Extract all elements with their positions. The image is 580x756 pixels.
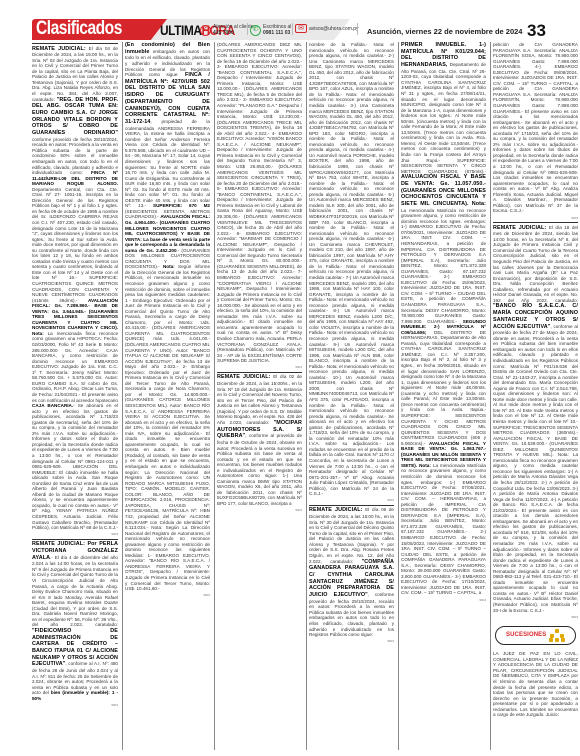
column-3: (DÓLARES AMERICANOS DIEZ MIL CUATROCIENT… <box>214 42 304 750</box>
legal-notice: REMATE JUDICIAL: El día 06 de Diciembre … <box>309 505 394 638</box>
column-6: petición de CIA GANADERA PARAGUAYA S.A. … <box>490 42 580 750</box>
whatsapp-icon: ✆ <box>250 25 261 36</box>
column-1: REMATE JUDICIAL: El día 04 de Diciembre … <box>30 42 120 750</box>
ad-code: 9603 <box>32 532 118 538</box>
notice-text: La mencionada Matrícula no reconoce grav… <box>401 463 486 596</box>
legal-notice: REMATE JUDICIAL: El día 02 de Diciembre … <box>217 372 302 507</box>
notice-text: DEL DISTRITO DE HERNANDARIAS, Departamen… <box>401 330 486 446</box>
notice-continuation: (En condominio) del Bien inmueble embarg… <box>125 42 210 592</box>
section-title: Clasificados <box>36 18 122 40</box>
notice-emphasis: CAJA BANCARIA. <box>32 403 73 408</box>
notice-emphasis: SUPERFICIE: 670 M2 <box>153 203 210 208</box>
ad-code: 9603 <box>125 593 210 599</box>
notice-case-title: FINCA / MATRÍCULA Nº: 4270/URB 502 DEL D… <box>125 72 210 125</box>
notice-continuation: PRIMER INMUEBLE. 1-) MATRÍCULA Nº K01/29… <box>401 42 486 596</box>
notice-continuation: petición de CIA GANADERA PARAGUAYA S.A. … <box>493 42 578 214</box>
notice-text: , conforme al proveído de fecha 27 de Ma… <box>493 324 578 613</box>
notice-text: LA JUEZ DE PAZ EN LO CIVIL, COMERCIAL, L… <box>493 651 578 717</box>
ad-code: 9603 <box>493 615 578 621</box>
column-4: nombre de la Fallida.- Nota: el menciona… <box>306 42 396 750</box>
contact-whatsapp: ✆ Escribinos al0981 111 03 <box>250 24 291 36</box>
column-2: (En condominio) del Bien inmueble embarg… <box>122 42 212 750</box>
legal-notice: REMATE JUDICIAL: Por PERLA VICTORIANA GO… <box>32 539 118 702</box>
classifieds-page: REMATE JUDICIAL: El día 04 de Diciembre … <box>30 42 580 750</box>
notice-text: , propiedad de la codemandada ANDRESSA F… <box>125 119 210 208</box>
envelope-icon: ✉ <box>295 24 307 33</box>
notice-text: .- El día 4 de diciembre del año 2.024 a… <box>32 555 118 628</box>
notice-heading: REMATE JUDICIAL: <box>217 374 271 380</box>
phone-icon: ✆ <box>200 25 211 36</box>
notice-text: Departamento de Alto Paraná, con Cta. Ct… <box>401 62 486 174</box>
ad-code: 9603 <box>217 508 302 514</box>
notice-case-title: "REG. DE HON. PROF. DEL ABG. OSCAR TUMA … <box>32 97 118 137</box>
ad-code: 9603 <box>32 703 118 709</box>
sucesiones-section-header: SUCESIONES <box>495 626 576 645</box>
notice-text: Departamento Central, con Cta. Cte. Ctra… <box>32 187 118 303</box>
ad-code: 9603 <box>401 598 486 604</box>
divider <box>247 23 248 35</box>
notice-emphasis: Nota: <box>163 264 175 269</box>
notice-text: , conforme proveído de fecha 29/10/2024,… <box>309 592 394 637</box>
notice-text: (DÓLARES AMERICANOS DIEZ MIL CUATROCIENT… <box>217 42 302 363</box>
notice-text: La mencionada finca reconoce como gravam… <box>32 331 118 403</box>
ad-code: 9603 <box>309 639 394 645</box>
notice-heading: REMATE JUDICIAL: <box>32 46 86 52</box>
notice-text: nombre de la Fallida.- Nota: el menciona… <box>309 42 394 496</box>
family-tree-icon <box>549 629 565 642</box>
notice-continuation: (DÓLARES AMERICANOS DIEZ MIL CUATROCIENT… <box>217 42 302 364</box>
page-number: 33 <box>527 21 546 41</box>
notice-text: El día 06 de Diciembre de 2024, a las 15… <box>309 507 394 563</box>
notice-text: petición de CIA GANADERA PARAGUAYA S.A. … <box>493 42 578 213</box>
notice-text: - Se abonará en el acto y en efectivo lo… <box>32 403 118 530</box>
notice-text: El día 18 del mes de Diciembre de 2024, … <box>493 225 578 303</box>
notice-heading: REMATE JUDICIAL: <box>309 507 363 513</box>
legal-notice: REMATE JUDICIAL: El día 18 del mes de Di… <box>493 222 578 613</box>
succession-notice: LA JUEZ DE PAZ EN LO CIVIL, COMERCIAL, L… <box>493 651 578 718</box>
divider <box>357 23 358 35</box>
notice-text: El día 02 de Diciembre de 2024, a las 15… <box>217 374 302 425</box>
notice-case-title: AVALUACIÓN FISCAL Y BASE DE VENTA: Gs. 1… <box>401 174 486 207</box>
notice-text: La mencionada Matrícula no reconoce grav… <box>401 208 486 324</box>
notice-continuation: nombre de la Fallida.- Nota: el menciona… <box>309 42 394 497</box>
ad-code: 9603 <box>217 365 302 371</box>
divider <box>292 23 293 35</box>
contact-email: ✉ avisos@uhora.com.py <box>295 24 359 33</box>
page-header: Clasificados ULTIMAHORA ✆ Atención al cl… <box>0 0 580 40</box>
column-5: PRIMER INMUEBLE. 1-) MATRÍCULA Nº K01/29… <box>398 42 488 750</box>
ad-code: 9603 <box>493 216 578 222</box>
ad-code: 9603 <box>309 498 394 504</box>
notice-text: Según informe de la Dirección General de… <box>125 264 210 591</box>
issue-date: Asunción, viernes 22 de noviembre de 202… <box>367 27 522 36</box>
notice-heading: REMATE JUDICIAL: <box>493 225 546 231</box>
section-label: SUCESIONES <box>506 633 546 639</box>
legal-notice: REMATE JUDICIAL: El día 04 de Diciembre … <box>32 43 118 531</box>
notice-text: El día 04 de Diciembre de 2024, a las 15… <box>32 46 118 102</box>
notice-text: , conforme al proveído de fecha 9 de Oct… <box>217 433 302 506</box>
